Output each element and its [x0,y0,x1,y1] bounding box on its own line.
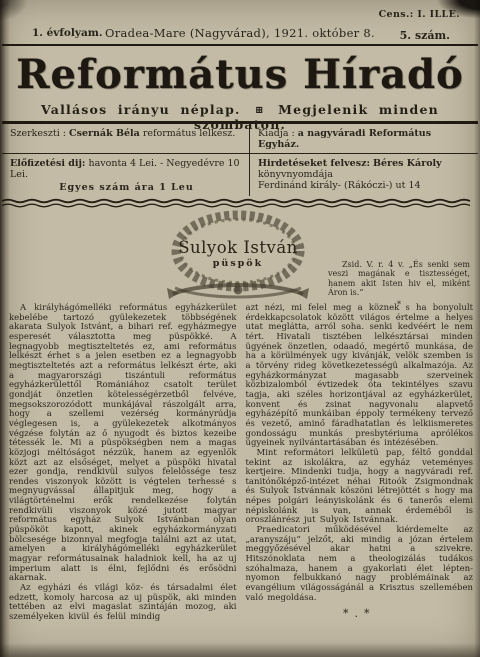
bishop-name: Sulyok István [163,238,313,257]
subscription-label: Előfizetési dij: [10,158,85,169]
editor-suffix: református lelkész. [143,128,235,139]
ads-address: Ferdinánd király- (Rákóczi-) ut 14 [258,180,472,191]
ads-suffix: könyvnyomdája [258,169,333,180]
publisher-cell: Kiadja : a nagyváradi Református Egyház. [250,124,478,153]
editor-label: Szerkeszti : [10,128,66,139]
newspaper-front-page: Cens.: I. ILLE. 1. évfolyam. Oradea-Mare… [0,0,480,657]
editor-cell: Szerkeszti : Csernák Béla református lel… [2,124,250,153]
imprint-row-subscription: Előfizetési dij: havonta 4 Lei. - Negyed… [2,154,478,196]
imprint-table: Szerkeszti : Csernák Béla református lel… [2,124,478,196]
article-body: A királyhágómelléki református egyházker… [0,302,480,623]
subtitle-left: Vallásos irányu néplap. [41,102,241,117]
ads-label: Hirdetéseket felvesz: [258,158,370,169]
scripture-quote: Zsid. V. r. 4 v. „És senki sem veszi mag… [328,260,470,297]
printer-ornament-icon: ⊞ [251,105,267,116]
scan-corner-top-left [0,0,40,30]
masthead-subtitle: Vallásos irányu néplap. ⊞ Megjelenik min… [0,102,480,119]
paragraph: Mint reformátori lelkületü pap, féltő go… [246,449,474,526]
paragraph: Praedicatori működésével kiérdemelte az … [246,526,474,603]
scan-edge-bottom [0,643,480,657]
bishop-title: püspök [163,258,313,269]
imprint-row-editor: Szerkeszti : Csernák Béla református lel… [2,124,478,154]
paragraph: A királyhágómelléki református egyházker… [9,304,237,584]
publisher-label: Kiadja : [258,128,295,139]
ads-cell: Hirdetéseket felvesz: Béres Károly könyv… [250,154,478,196]
paragraph: Az egyházi és világi köz- és társadalmi … [9,584,237,623]
subscription-cell: Előfizetési dij: havonta 4 Lei. - Negyed… [2,154,250,196]
scan-edge-right [474,0,480,657]
editor-name: Csernák Béla [69,128,140,139]
left-column: A királyhágómelléki református egyházker… [9,304,237,623]
dateline-row: Cens.: I. ILLE. 1. évfolyam. Oradea-Mare… [0,0,480,44]
article-head: Sulyok István püspök Zsid. V. r. 4 v. „É… [0,208,480,302]
right-column: azt nézi, mi felel meg a köznek s ha bon… [246,304,474,623]
quote-footnote-asterisk: * [328,300,470,309]
newspaper-title: Református Híradó [0,46,480,102]
wavy-rule [0,198,480,208]
asterisk-divider: *.* [246,609,474,619]
ads-name: Béres Károly [373,158,442,169]
edition-number: 5. szám. [400,29,450,42]
laurel-wreath-ornament: Sulyok István püspök [163,210,313,302]
scan-edge-left [0,0,10,657]
scan-corner-top-right [420,0,480,26]
single-copy-price: Egyes szám ára 1 Leu [10,182,243,193]
paragraph: azt nézi, mi felel meg a köznek s ha bon… [246,304,474,449]
